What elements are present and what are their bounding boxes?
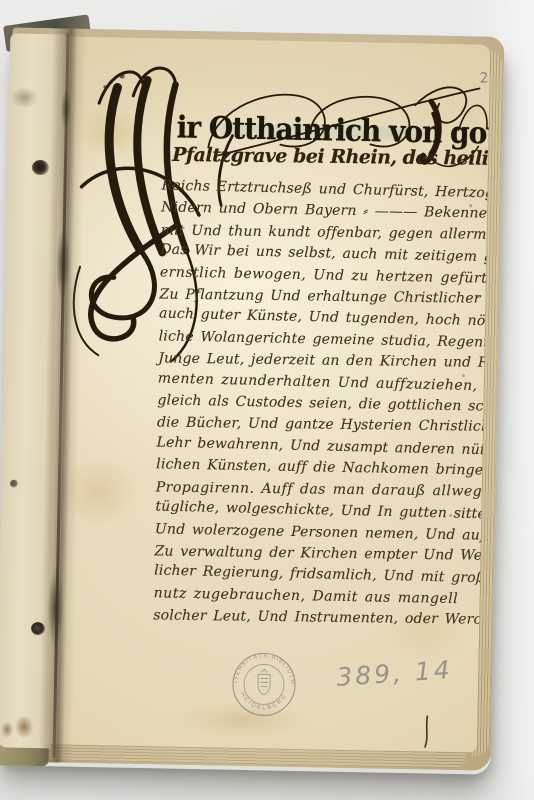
- ink-speck: [120, 74, 125, 79]
- gutter-damage: [55, 228, 70, 298]
- manuscript-page: ir Otthainrich von gotts gnaden Pfaltzgr…: [47, 36, 491, 752]
- ink-speck: [103, 85, 106, 88]
- pencil-shelfmark: 389, 14: [335, 655, 453, 692]
- pencil-page-number: 2: [479, 70, 489, 86]
- manuscript-line: solcher Leut, Und Instrumenten, oder Wer…: [153, 606, 490, 632]
- manuscript-book: ir Otthainrich von gotts gnaden Pfaltzgr…: [0, 27, 504, 770]
- stamp-crest-icon: [258, 669, 270, 694]
- library-stamp: UNIVERSITÄTS-BIBLIOTHEK HEIDELBERG: [227, 648, 300, 721]
- gutter-damage: [47, 568, 65, 648]
- stain: [76, 107, 147, 158]
- paper-crack: [397, 713, 458, 752]
- gutter-damage: [61, 88, 72, 128]
- subheading-line: Pfaltzgrave bei Rhein, des heiligen Römi…: [172, 144, 490, 170]
- manuscript-text-block: Reichs Ertztruchseß und Churfürst, Hertz…: [153, 176, 490, 633]
